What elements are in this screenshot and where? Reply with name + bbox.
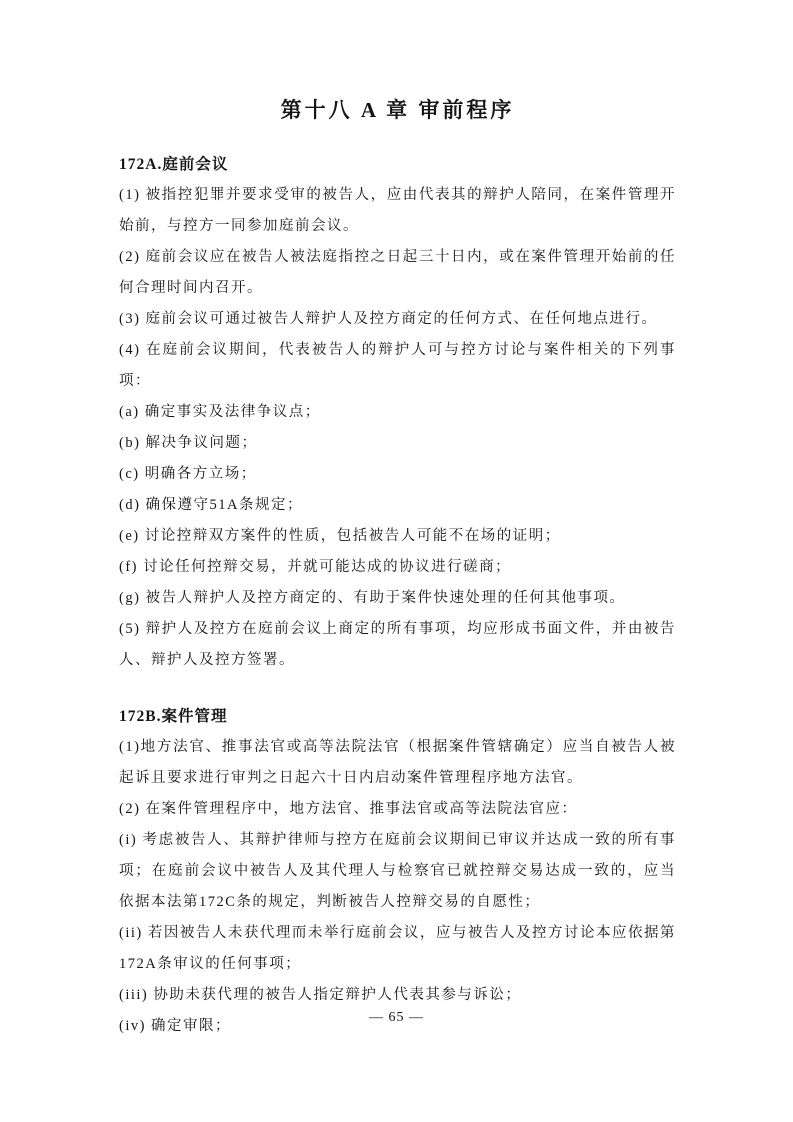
paragraph: (5) 辩护人及控方在庭前会议上商定的所有事项，均应形成书面文件，并由被告人、辩… <box>119 614 676 676</box>
paragraph: (g) 被告人辩护人及控方商定的、有助于案件快速处理的任何其他事项。 <box>119 583 676 614</box>
section-heading-172b: 172B.案件管理 <box>119 701 676 732</box>
paragraph: (ii) 若因被告人未获代理而未举行庭前会议，应与被告人及控方讨论本应依据第17… <box>119 918 676 980</box>
paragraph: (c) 明确各方立场； <box>119 459 676 490</box>
paragraph: (2) 庭前会议应在被告人被法庭指控之日起三十日内，或在案件管理开始前的任何合理… <box>119 242 676 304</box>
paragraph: (2) 在案件管理程序中，地方法官、推事法官或高等法院法官应： <box>119 794 676 825</box>
paragraph: (e) 讨论控辩双方案件的性质，包括被告人可能不在场的证明； <box>119 521 676 552</box>
paragraph: (iii) 协助未获代理的被告人指定辩护人代表其参与诉讼； <box>119 980 676 1011</box>
paragraph: (1) 被指控犯罪并要求受审的被告人，应由代表其的辩护人陪同，在案件管理开始前，… <box>119 180 676 242</box>
page-number: — 65 — <box>0 1008 793 1028</box>
document-page: 第十八 A 章 审前程序 172A.庭前会议 (1) 被指控犯罪并要求受审的被告… <box>0 0 793 1122</box>
paragraph: (f) 讨论任何控辩交易，并就可能达成的协议进行磋商； <box>119 552 676 583</box>
paragraph: (4) 在庭前会议期间，代表被告人的辩护人可与控方讨论与案件相关的下列事项： <box>119 335 676 397</box>
paragraph: (i) 考虑被告人、其辩护律师与控方在庭前会议期间已审议并达成一致的所有事项；在… <box>119 825 676 918</box>
document-content: 第十八 A 章 审前程序 172A.庭前会议 (1) 被指控犯罪并要求受审的被告… <box>119 97 676 1042</box>
paragraph: (b) 解决争议问题； <box>119 428 676 459</box>
paragraph: (3) 庭前会议可通过被告人辩护人及控方商定的任何方式、在任何地点进行。 <box>119 304 676 335</box>
paragraph: (d) 确保遵守51A条规定； <box>119 490 676 521</box>
paragraph: (1)地方法官、推事法官或高等法院法官（根据案件管辖确定）应当自被告人被起诉且要… <box>119 732 676 794</box>
paragraph: (a) 确定事实及法律争议点； <box>119 397 676 428</box>
section-heading-172a: 172A.庭前会议 <box>119 149 676 180</box>
page-title: 第十八 A 章 审前程序 <box>119 97 676 124</box>
